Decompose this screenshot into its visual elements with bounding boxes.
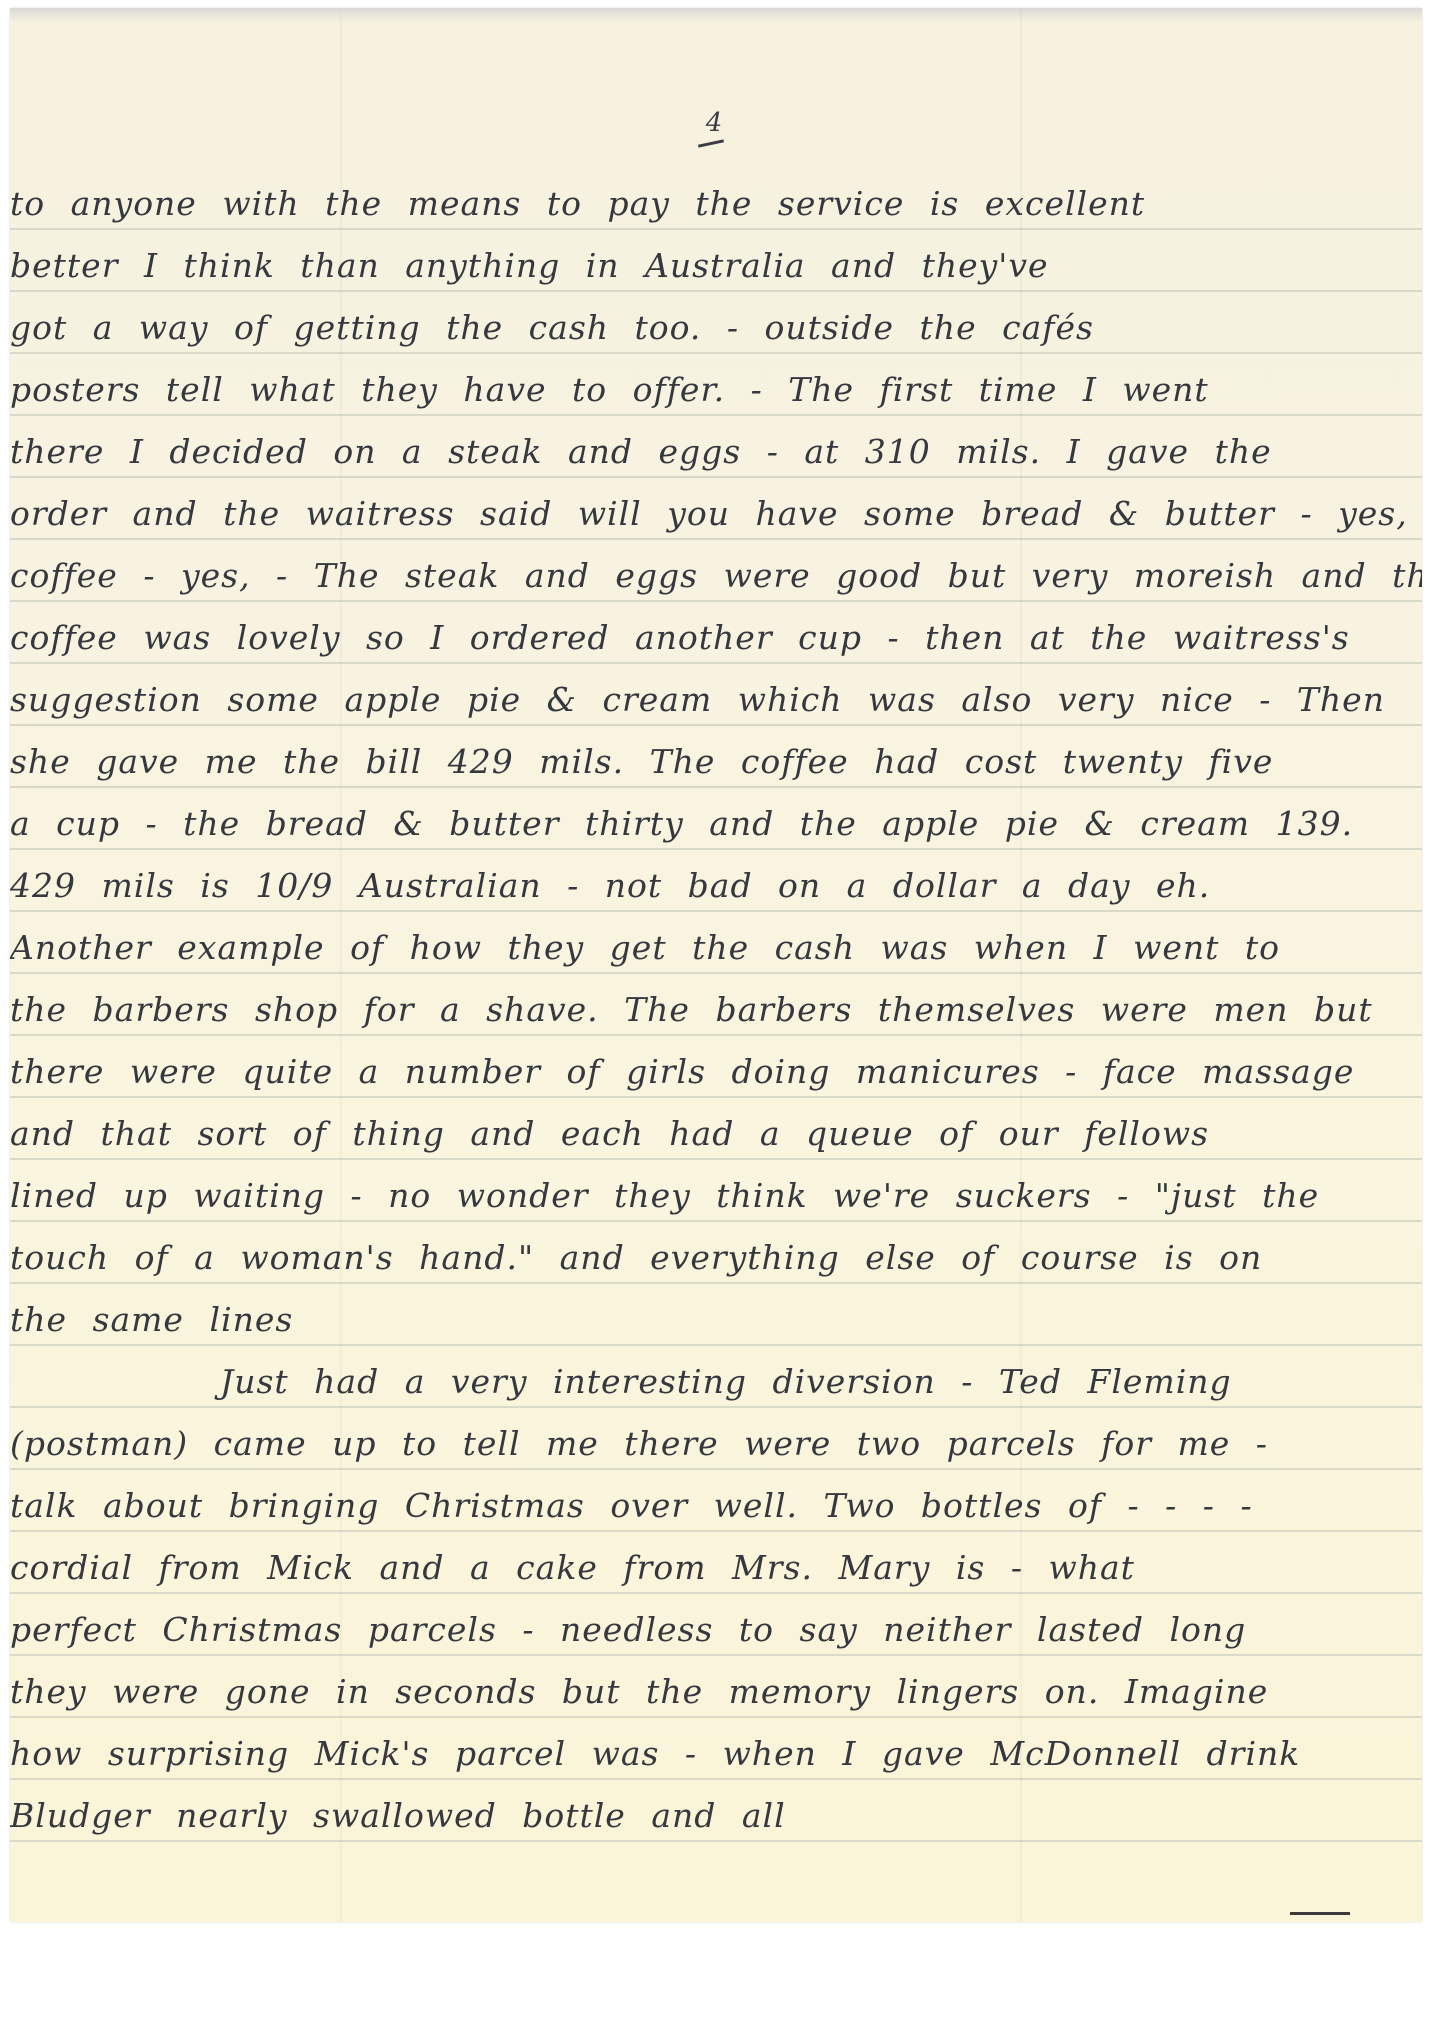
handwritten-line: there were quite a number of girls doing… — [10, 1044, 1422, 1100]
handwritten-line: a cup - the bread & butter thirty and th… — [10, 796, 1422, 852]
handwritten-line: posters tell what they have to offer. - … — [10, 362, 1422, 418]
handwritten-line: lined up waiting - no wonder they think … — [10, 1168, 1422, 1224]
handwritten-line: the barbers shop for a shave. The barber… — [10, 982, 1422, 1038]
handwritten-line: touch of a woman's hand." and everything… — [10, 1230, 1422, 1286]
page-number: 4 — [694, 108, 734, 138]
paper-edge-mark — [1290, 1912, 1350, 1915]
handwritten-line-paragraph-start: Just had a very interesting diversion - … — [10, 1354, 1433, 1410]
handwritten-line: better I think than anything in Australi… — [10, 238, 1422, 294]
handwritten-line: coffee - yes, - The steak and eggs were … — [10, 548, 1422, 604]
handwritten-line: cordial from Mick and a cake from Mrs. M… — [10, 1540, 1422, 1596]
handwritten-line: order and the waitress said will you hav… — [10, 486, 1422, 542]
handwritten-line: perfect Christmas parcels - needless to … — [10, 1602, 1422, 1658]
handwritten-line: 429 mils is 10/9 Australian - not bad on… — [10, 858, 1422, 914]
handwritten-line: she gave me the bill 429 mils. The coffe… — [10, 734, 1422, 790]
handwritten-line: there I decided on a steak and eggs - at… — [10, 424, 1422, 480]
handwritten-line: they were gone in seconds but the memory… — [10, 1664, 1422, 1720]
handwritten-line: to anyone with the means to pay the serv… — [10, 176, 1422, 232]
paper-fold-shadow — [10, 8, 1422, 22]
handwritten-line: Bludger nearly swallowed bottle and all — [10, 1788, 1422, 1844]
handwritten-line: suggestion some apple pie & cream which … — [10, 672, 1422, 728]
handwritten-line: Another example of how they get the cash… — [10, 920, 1422, 976]
handwritten-line: talk about bringing Christmas over well.… — [10, 1478, 1422, 1534]
handwritten-line: and that sort of thing and each had a qu… — [10, 1106, 1422, 1162]
handwritten-line: (postman) came up to tell me there were … — [10, 1416, 1422, 1472]
letter-page: 4 to anyone with the means to pay the se… — [10, 8, 1422, 1922]
handwritten-line: how surprising Mick's parcel was - when … — [10, 1726, 1422, 1782]
handwritten-line: the same lines — [10, 1292, 1422, 1348]
handwritten-line: coffee was lovely so I ordered another c… — [10, 610, 1422, 666]
handwritten-line: got a way of getting the cash too. - out… — [10, 300, 1422, 356]
page-number-underline — [698, 139, 724, 147]
